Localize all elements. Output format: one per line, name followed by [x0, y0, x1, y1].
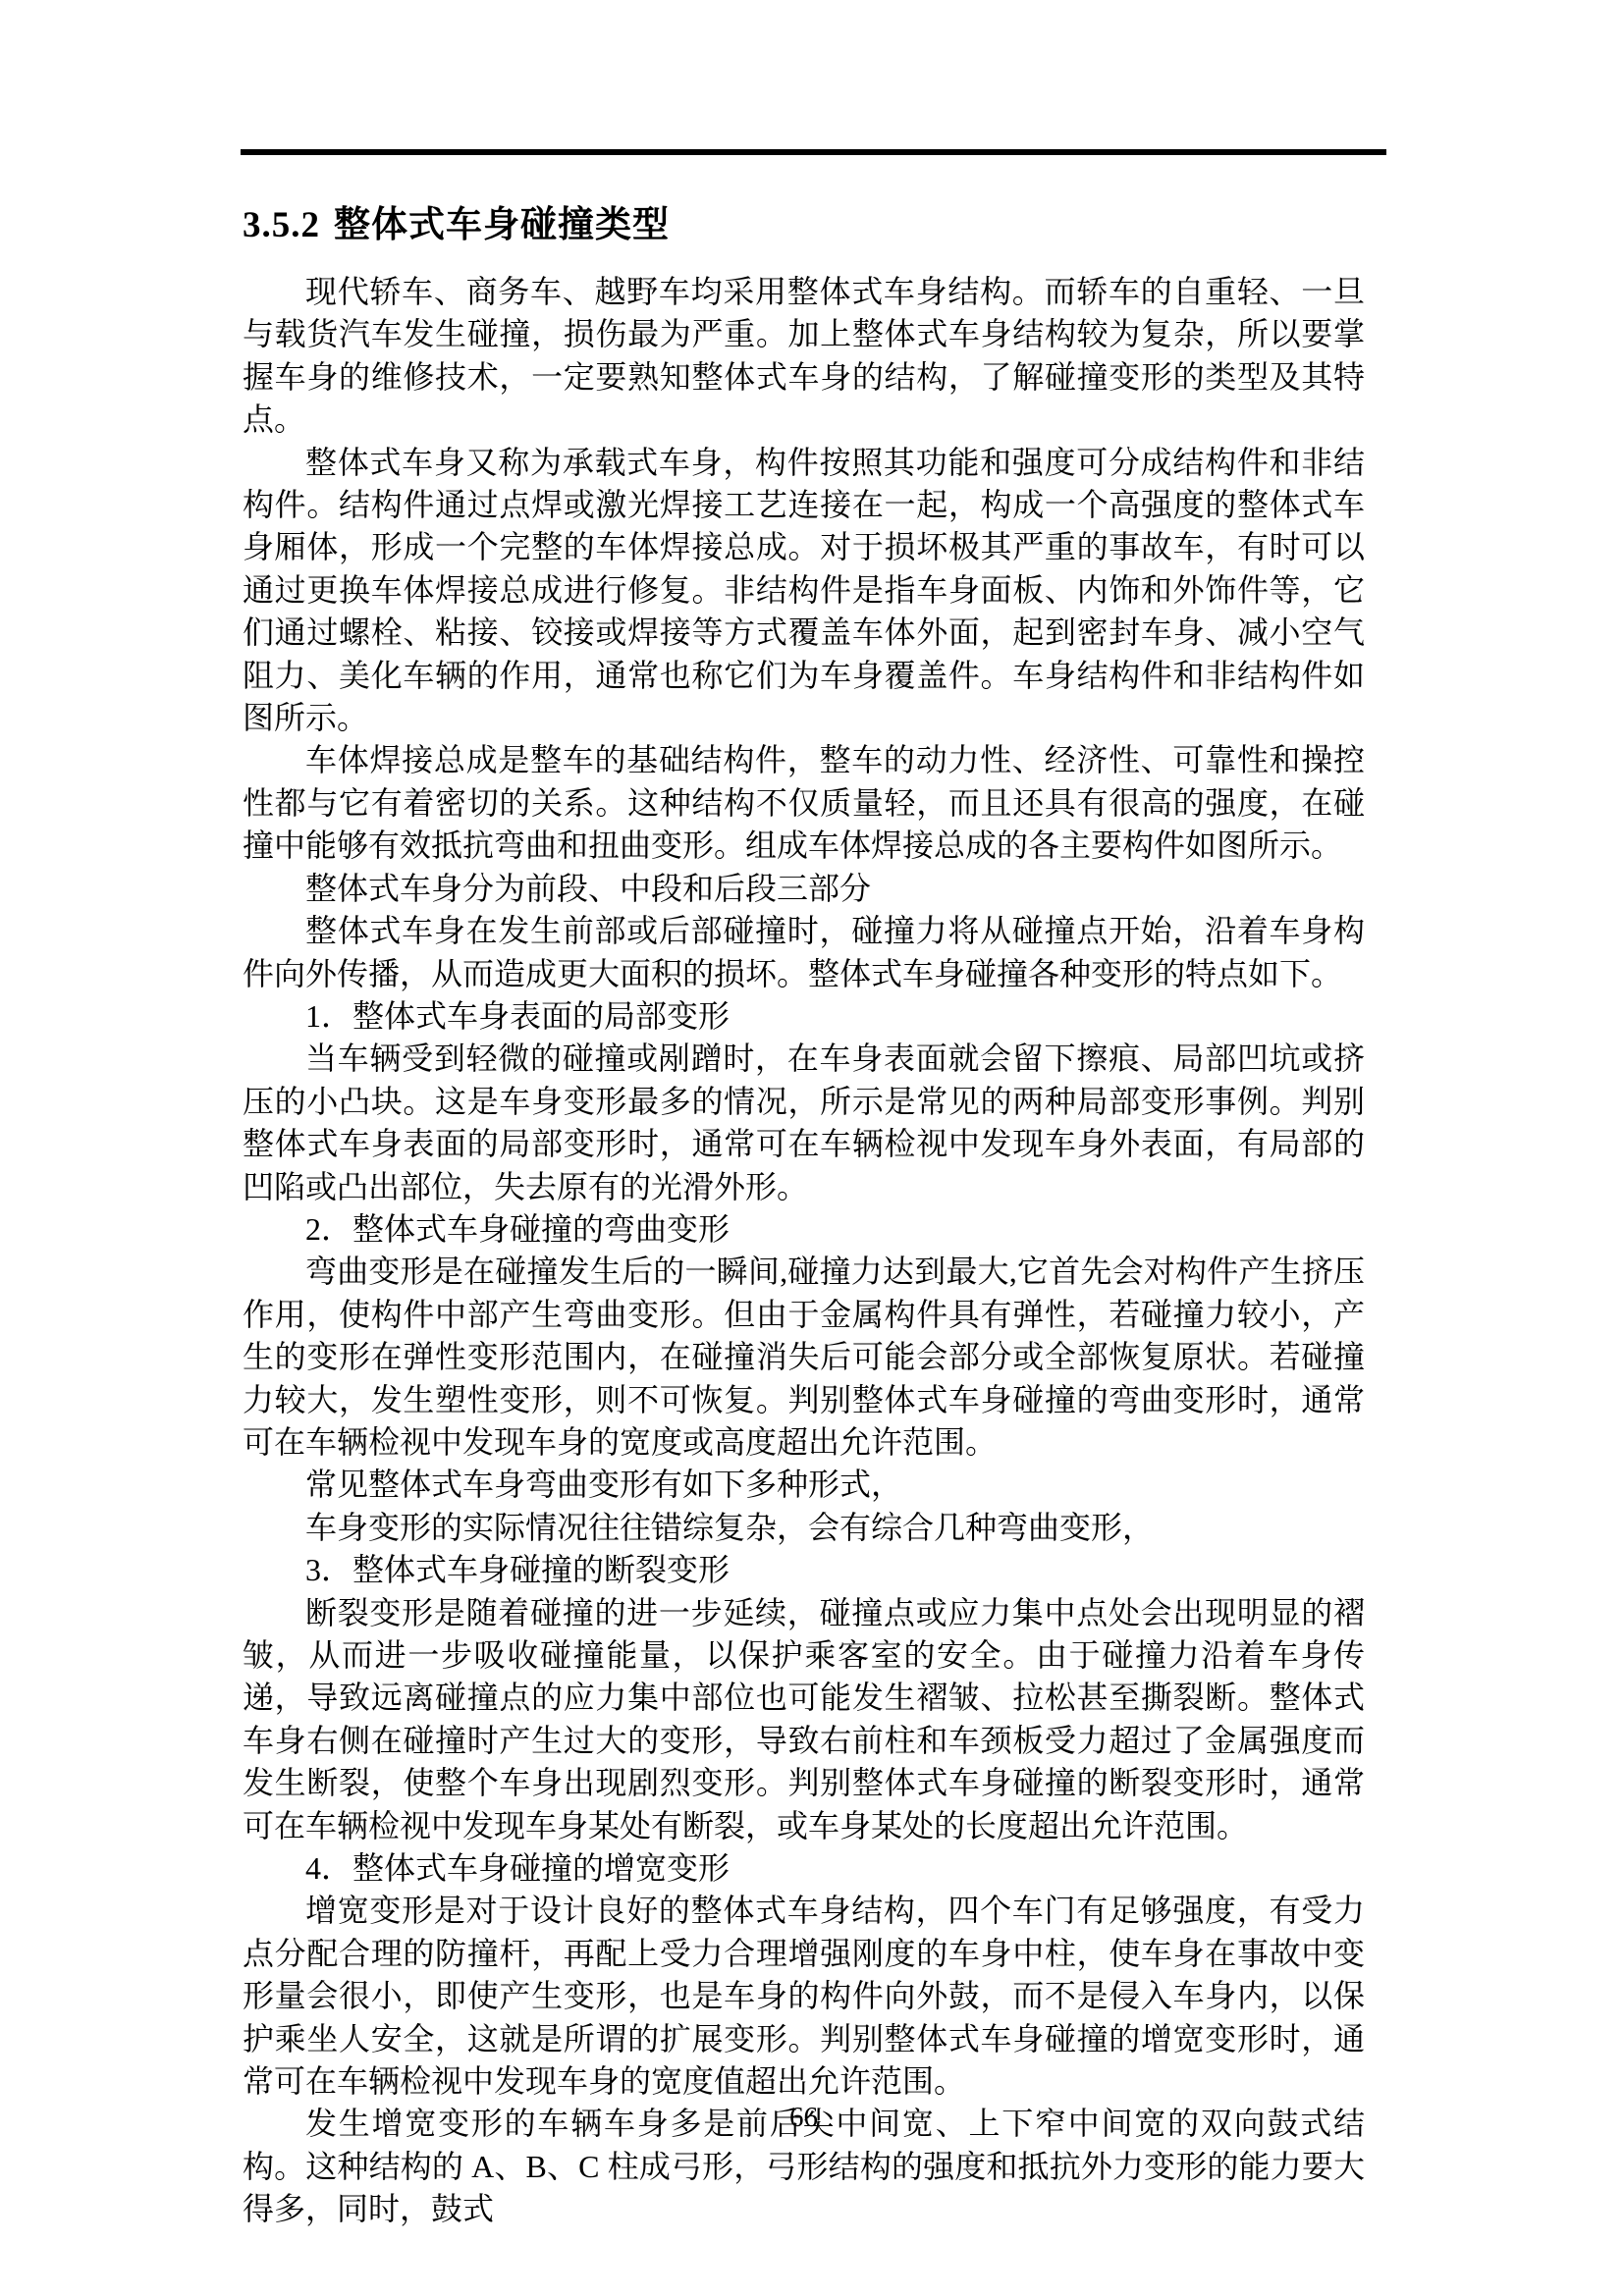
paragraph: 弯曲变形是在碰撞发生后的一瞬间,碰撞力达到最大,它首先会对构件产生挤压作用，使构…: [243, 1251, 1365, 1464]
list-item-heading: 4．整体式车身碰撞的增宽变形: [243, 1847, 1365, 1890]
list-item-heading: 1．整体式车身表面的局部变形: [243, 995, 1365, 1038]
paragraph: 现代轿车、商务车、越野车均采用整体式车身结构。而轿车的自重轻、一旦与载货汽车发生…: [243, 271, 1365, 442]
paragraph: 车身变形的实际情况往往错综复杂，会有综合几种弯曲变形，: [243, 1507, 1365, 1549]
paragraph: 常见整体式车身弯曲变形有如下多种形式，: [243, 1464, 1365, 1506]
list-item-heading: 2．整体式车身碰撞的弯曲变形: [243, 1208, 1365, 1251]
header-rule: [241, 149, 1386, 155]
section-title: 整体式车身碰撞类型: [334, 205, 670, 245]
paragraph: 整体式车身又称为承载式车身，构件按照其功能和强度可分成结构件和非结构件。结构件通…: [243, 442, 1365, 740]
paragraph: 整体式车身分为前段、中段和后段三部分: [243, 868, 1365, 910]
paragraph: 断裂变形是随着碰撞的进一步延续，碰撞点或应力集中点处会出现明显的褶皱，从而进一步…: [243, 1592, 1365, 1847]
paragraph: 当车辆受到轻微的碰撞或剐蹭时，在车身表面就会留下擦痕、局部凹坑或挤压的小凸块。这…: [243, 1038, 1365, 1208]
section-heading: 3.5.2整体式车身碰撞类型: [243, 206, 1365, 245]
paragraph: 增宽变形是对于设计良好的整体式车身结构，四个车门有足够强度，有受力点分配合理的防…: [243, 1890, 1365, 2103]
document-page: 3.5.2整体式车身碰撞类型 现代轿车、商务车、越野车均采用整体式车身结构。而轿…: [0, 0, 1624, 2296]
list-item-heading: 3．整体式车身碰撞的断裂变形: [243, 1549, 1365, 1591]
document-body: 3.5.2整体式车身碰撞类型 现代轿车、商务车、越野车均采用整体式车身结构。而轿…: [243, 200, 1365, 2231]
section-number: 3.5.2: [243, 205, 320, 245]
page-number: 66: [243, 2101, 1365, 2134]
paragraph: 车体焊接总成是整车的基础结构件，整车的动力性、经济性、可靠性和操控性都与它有着密…: [243, 739, 1365, 867]
paragraph: 整体式车身在发生前部或后部碰撞时，碰撞力将从碰撞点开始，沿着车身构件向外传播，从…: [243, 910, 1365, 995]
